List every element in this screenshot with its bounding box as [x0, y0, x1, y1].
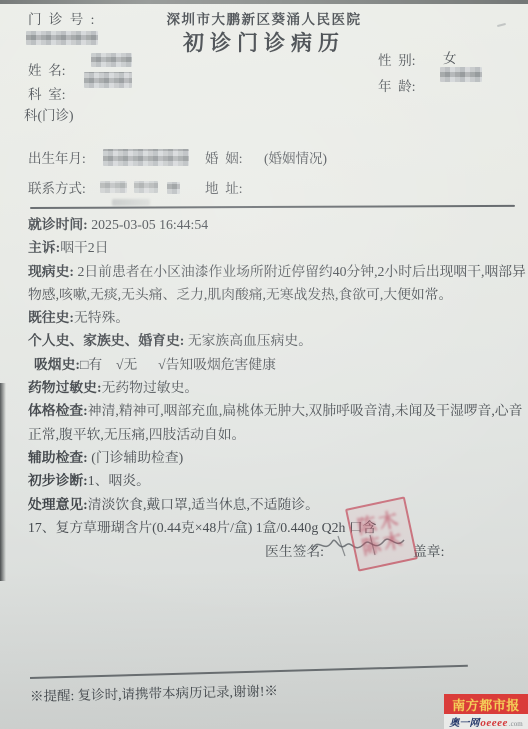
footer-reminder: ※提醒: 复诊时,请携带本病历记录,谢谢!※: [30, 679, 278, 705]
site-tld: .com: [509, 720, 523, 728]
gender-label: 性 别:: [378, 53, 416, 68]
dept-value-suffix: 科(门诊): [24, 108, 74, 123]
hospital-name: 深圳市大鹏新区葵涌人民医院: [0, 8, 528, 28]
record-line-smoking-history: 吸烟史:□有 √无 √告知吸烟危害健康: [28, 353, 526, 376]
footer-divider-line: [30, 665, 468, 679]
photo-top-edge: [0, 0, 528, 4]
name-label: 姓 名:: [28, 63, 66, 78]
record-line-physical-exam: 体格检查:神清,精神可,咽部充血,扁桃体无肿大,双肺呼吸音清,未闻及干湿啰音,心…: [28, 399, 526, 446]
redacted-name: [91, 53, 132, 67]
newspaper-name: 南方都市报: [452, 695, 520, 714]
record-line-chief-complaint: 主诉:咽干2日: [28, 236, 526, 259]
redacted-contact: [100, 181, 127, 193]
address-label: 地 址:: [205, 181, 243, 196]
redacted-dept: [84, 72, 132, 88]
record-line-auxiliary-exam: 辅助检查: (门诊辅助检查): [28, 446, 526, 469]
record-body: 就诊时间: 2025-03-05 16:44:54 主诉:咽干2日 现病史: 2…: [28, 213, 526, 539]
birth-label: 出生年月:: [28, 151, 86, 166]
seal-label: 盖章:: [413, 540, 444, 560]
doctor-name-seal-stamp: 陈木 陈木: [345, 496, 418, 571]
contact-label: 联系方式:: [28, 181, 86, 196]
redaction-smudge: [112, 199, 150, 206]
redacted-birth: [103, 149, 189, 166]
medical-record-page: 门 诊 号 : 深圳市大鹏新区葵涌人民医院 初诊门诊病历 姓 名: 科 室: 科…: [0, 0, 528, 729]
site-name-en: oeeee: [480, 717, 508, 729]
record-line-personal-history: 个人史、家族史、婚育史: 无家族高血压病史。: [28, 329, 526, 352]
age-label: 年 龄:: [378, 79, 416, 94]
header-divider-line: [30, 205, 515, 209]
record-line-treatment-advice: 处理意见:清淡饮食,戴口罩,适当休息,不适随诊。: [28, 493, 526, 516]
redacted-contact: [134, 181, 158, 193]
redacted-age: [440, 67, 482, 82]
record-line-diagnosis: 初步诊断:1、咽炎。: [28, 469, 526, 492]
photo-left-shadow: [0, 383, 6, 581]
record-line-prescription: 17、复方草珊瑚含片(0.44克×48片/盒) 1盒/0.440g Q2h 口含: [28, 516, 526, 539]
record-line-past-history: 既往史:无特殊。: [28, 306, 526, 329]
gender-value: 女: [443, 51, 457, 66]
site-name-cn: 奥一网: [449, 714, 479, 729]
record-line-present-illness: 现病史: 2日前患者在小区油漆作业场所附近停留约40分钟,2小时后出现咽干,咽部…: [28, 260, 526, 307]
newspaper-watermark: 南方都市报: [444, 694, 528, 714]
dept-label: 科 室:: [28, 87, 66, 102]
marriage-label: 婚 姻:: [205, 151, 243, 166]
record-line-visit-time: 就诊时间: 2025-03-05 16:44:54: [28, 213, 526, 236]
redacted-contact: [167, 182, 180, 194]
website-watermark: 奥一网 oeeee .com: [444, 714, 528, 729]
marriage-value: (婚姻情况): [264, 151, 327, 166]
record-line-drug-allergy: 药物过敏史:无药物过敏史。: [28, 376, 526, 399]
